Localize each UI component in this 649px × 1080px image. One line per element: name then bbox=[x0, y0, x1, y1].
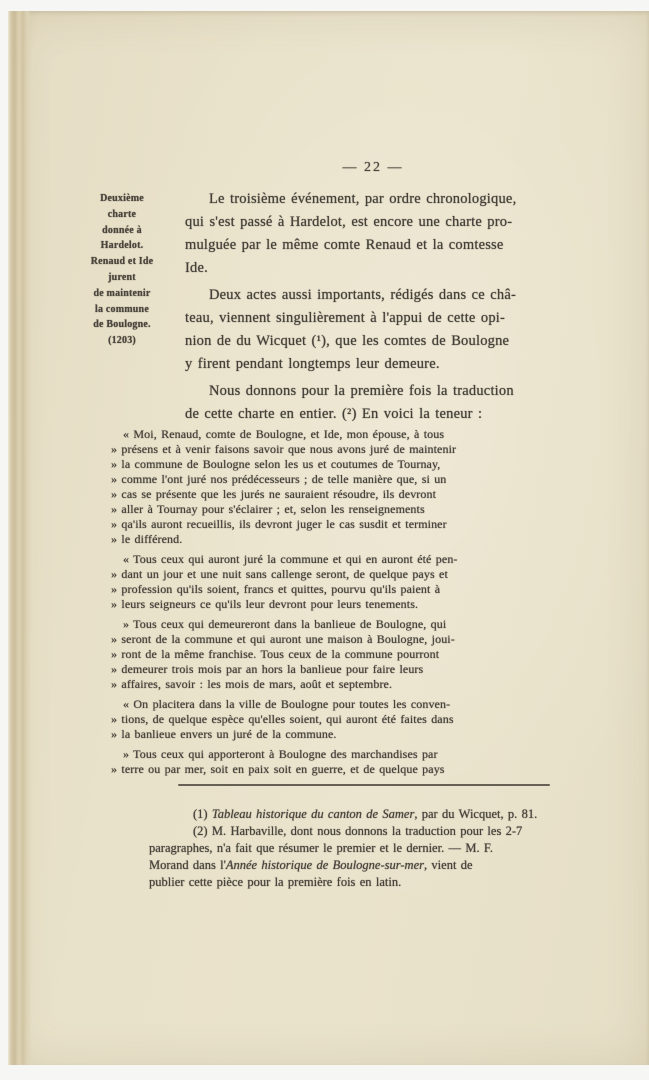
footnote-separator bbox=[178, 784, 550, 786]
footnote-1: (1) Tableau historique du canton de Same… bbox=[149, 806, 563, 823]
quote-paragraph-1: « Moi, Renaud, comte de Boulogne, et Ide… bbox=[111, 427, 565, 547]
footnotes-block: (1) Tableau historique du canton de Same… bbox=[149, 806, 563, 891]
charter-quote-block: « Moi, Renaud, comte de Boulogne, et Ide… bbox=[111, 427, 565, 782]
scanned-book-page: — 22 — Deuxièmechartedonnée àHardelot.Re… bbox=[8, 11, 649, 1065]
quote-paragraph-3: » Tous ceux qui demeureront dans la banl… bbox=[111, 617, 565, 692]
paragraph-3: Nous donnons pour la première fois la tr… bbox=[185, 380, 567, 426]
footnote-2: (2) M. Harbaville, dont nous donnons la … bbox=[149, 823, 563, 891]
quote-paragraph-5: » Tous ceux qui apporteront à Boulogne d… bbox=[111, 747, 565, 777]
scan-frame: — 22 — Deuxièmechartedonnée àHardelot.Re… bbox=[0, 0, 649, 1080]
main-text-column: Le troisième événement, par ordre chrono… bbox=[185, 188, 567, 430]
margin-note: Deuxièmechartedonnée àHardelot.Renaud et… bbox=[58, 191, 186, 349]
book-page-edge bbox=[8, 11, 32, 1065]
quote-paragraph-4: « On placitera dans la ville de Boulogne… bbox=[111, 697, 565, 742]
page-number: — 22 — bbox=[185, 160, 561, 176]
paragraph-1: Le troisième événement, par ordre chrono… bbox=[185, 188, 567, 280]
paragraph-2: Deux actes aussi importants, rédigés dan… bbox=[185, 284, 567, 376]
quote-paragraph-2: « Tous ceux qui auront juré la commune e… bbox=[111, 552, 565, 612]
